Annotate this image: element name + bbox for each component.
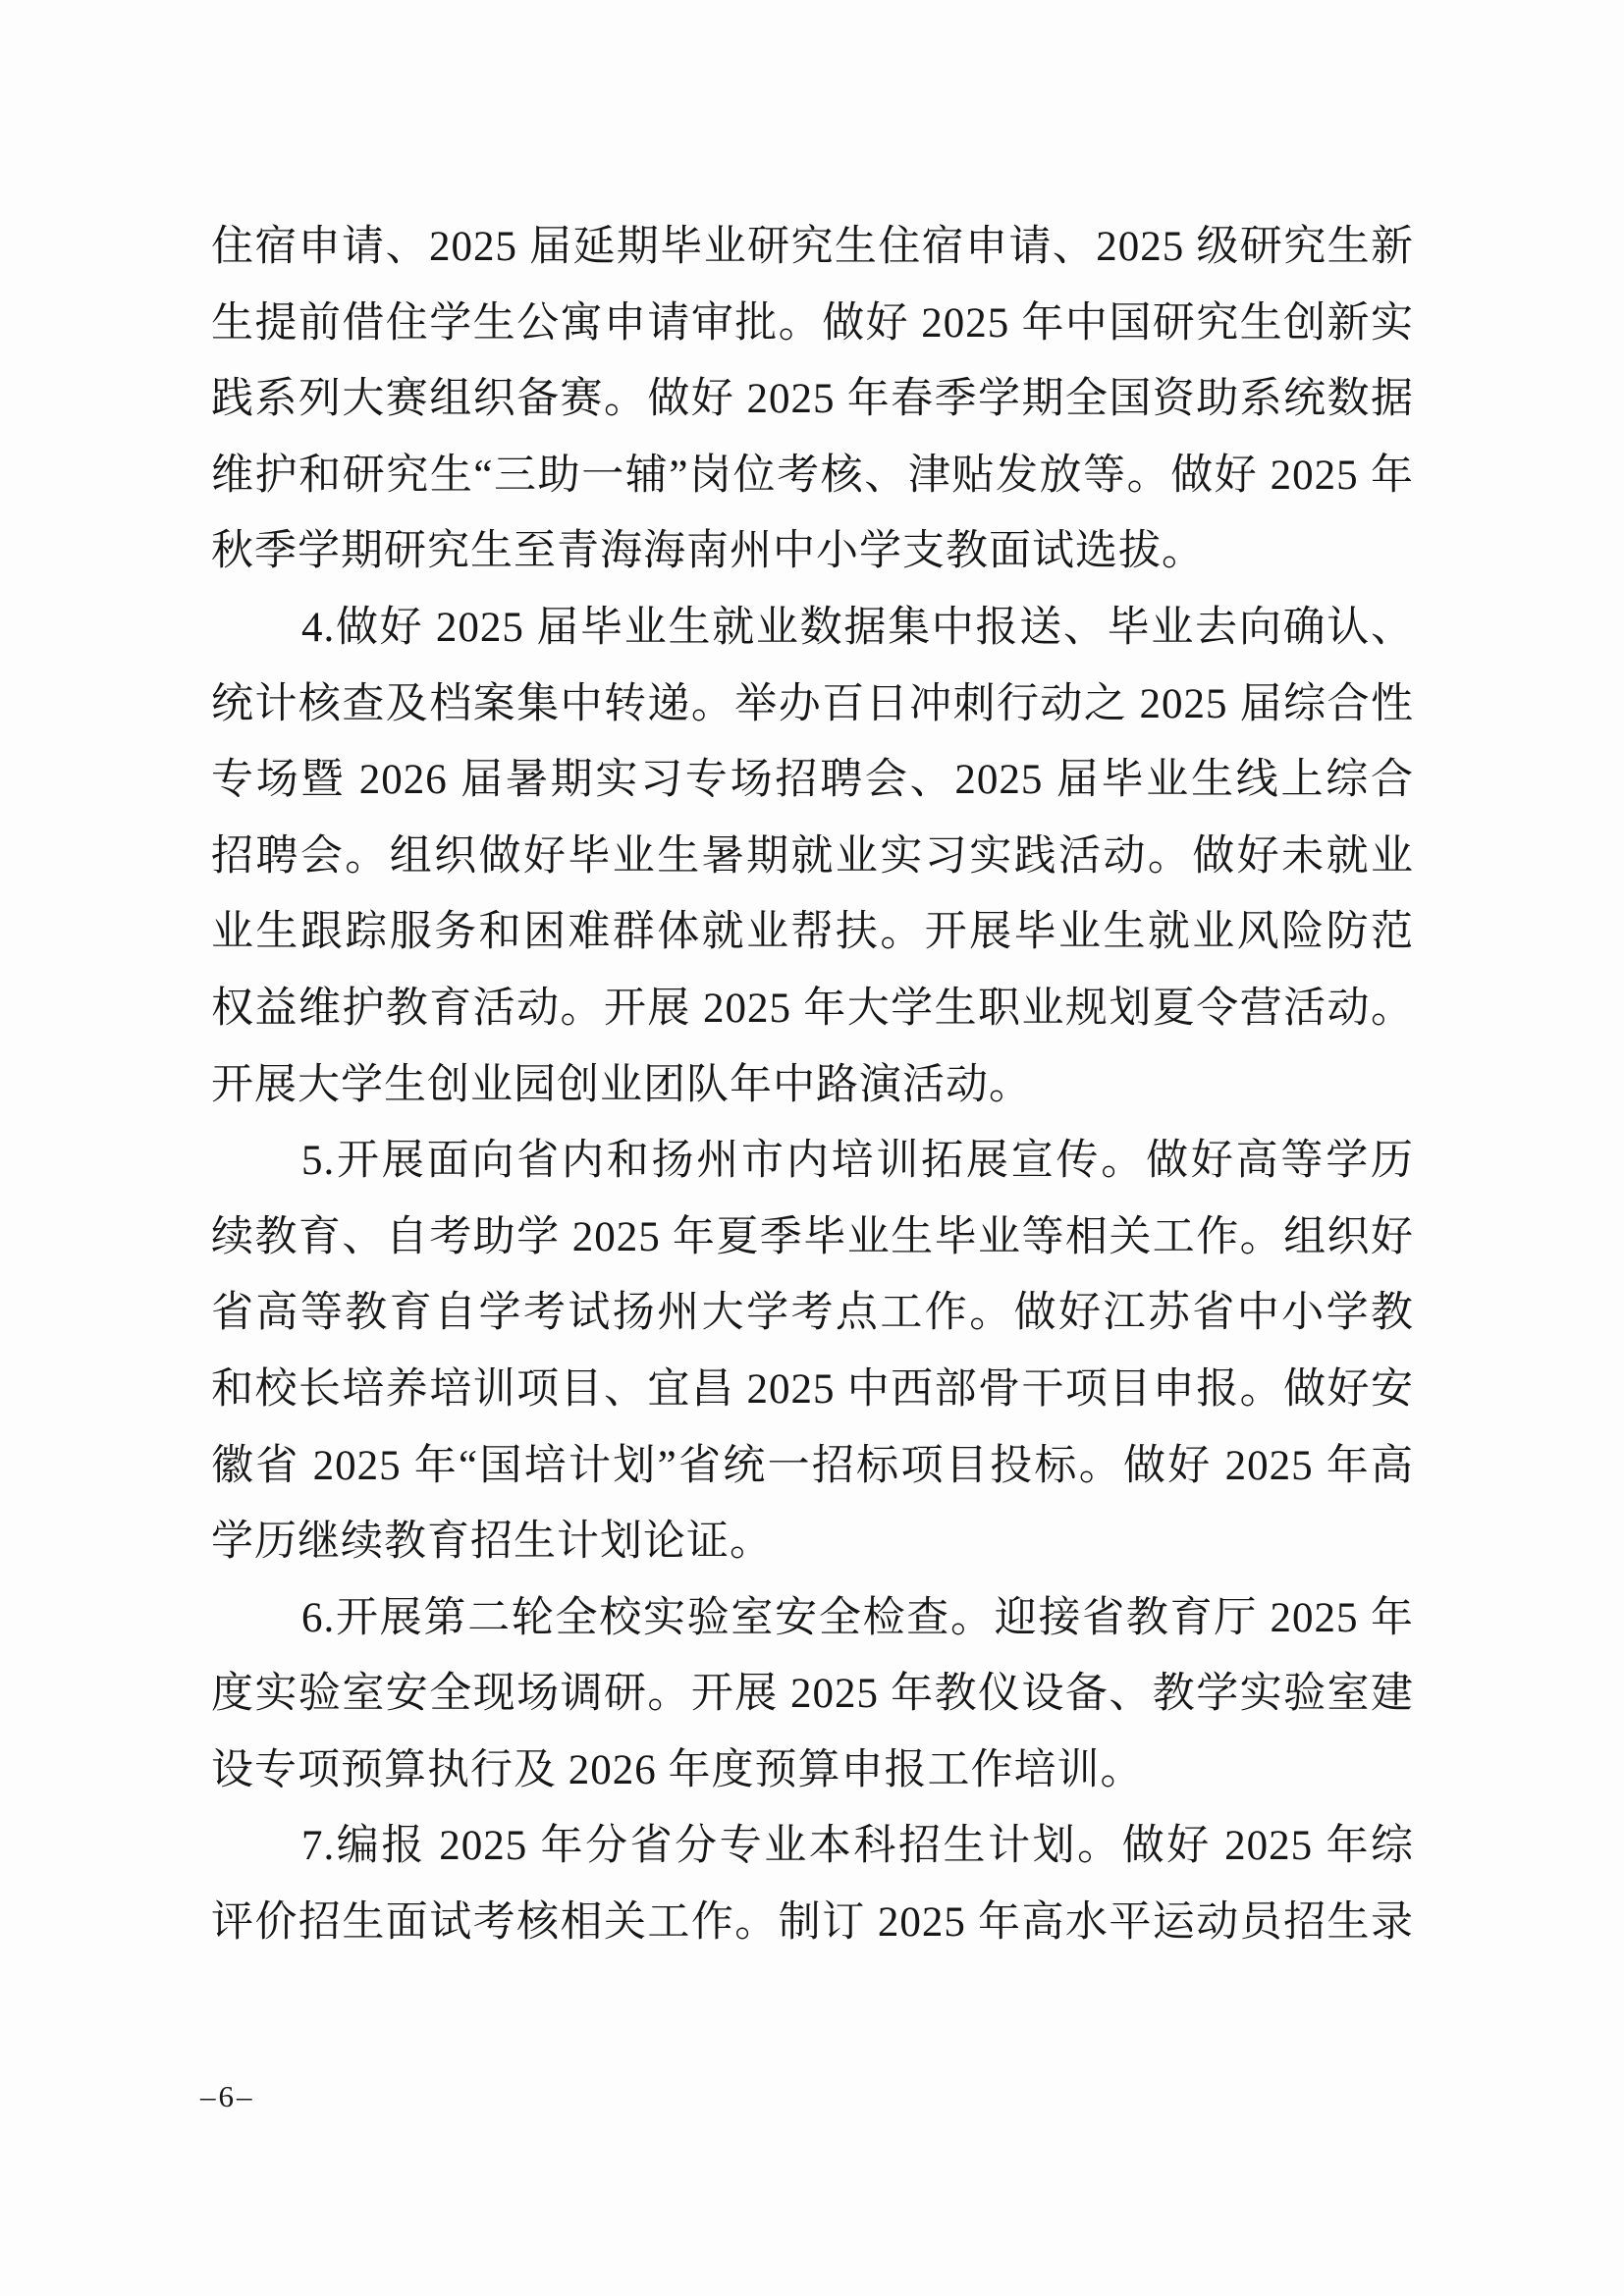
document-page: 住宿申请、2025 届延期毕业研究生住宿申请、2025 级研究生新 生提前借住学… (0, 0, 1624, 2296)
body-line: 专场暨 2026 届暑期实习专场招聘会、2025 届毕业生线上综合性 (211, 742, 1414, 819)
body-line: 和校长培养培训项目、宜昌 2025 中西部骨干项目申报。做好安 (211, 1352, 1414, 1428)
body-line: 权益维护教育活动。开展 2025 年大学生职业规划夏令营活动。 (211, 971, 1414, 1047)
body-line: 维护和研究生“三助一辅”岗位考核、津贴发放等。做好 2025 年 (211, 438, 1414, 514)
body-line: 度实验室安全现场调研。开展 2025 年教仪设备、教学实验室建 (211, 1656, 1414, 1733)
body-line: 评价招生面试考核相关工作。制订 2025 年高水平运动员招生录 (211, 1885, 1414, 1961)
body-line: 徽省 2025 年“国培计划”省统一招标项目投标。做好 2025 年高等 (211, 1428, 1414, 1505)
body-line: 招聘会。组织做好毕业生暑期就业实习实践活动。做好未就业毕 (211, 819, 1414, 895)
paragraph-start-line: 5.开展面向省内和扬州市内培训拓展宣传。做好高等学历继 (211, 1123, 1414, 1200)
body-line: 住宿申请、2025 届延期毕业研究生住宿申请、2025 级研究生新 (211, 209, 1414, 286)
body-line: 业生跟踪服务和困难群体就业帮扶。开展毕业生就业风险防范与 (211, 894, 1414, 971)
page-number: –6– (200, 2079, 255, 2114)
body-line: 秋季学期研究生至青海海南州中小学支教面试选拔。 (211, 513, 1414, 590)
body-line: 生提前借住学生公寓申请审批。做好 2025 年中国研究生创新实 (211, 286, 1414, 362)
paragraph-start-line: 4.做好 2025 届毕业生就业数据集中报送、毕业去向确认、 (211, 590, 1414, 667)
body-line: 学历继续教育招生计划论证。 (211, 1504, 1414, 1580)
body-line: 践系列大赛组织备赛。做好 2025 年春季学期全国资助系统数据 (211, 361, 1414, 438)
body-line: 续教育、自考助学 2025 年夏季毕业生毕业等相关工作。组织好 (211, 1200, 1414, 1276)
body-line: 统计核查及档案集中转递。举办百日冲刺行动之 2025 届综合性 (211, 667, 1414, 743)
paragraph-start-line: 6.开展第二轮全校实验室安全检查。迎接省教育厅 2025 年 (211, 1580, 1414, 1657)
body-line: 设专项预算执行及 2026 年度预算申报工作培训。 (211, 1733, 1414, 1809)
document-body: 住宿申请、2025 届延期毕业研究生住宿申请、2025 级研究生新 生提前借住学… (211, 209, 1414, 1961)
body-line: 省高等教育自学考试扬州大学考点工作。做好江苏省中小学教师 (211, 1275, 1414, 1352)
body-line: 开展大学生创业园创业团队年中路演活动。 (211, 1047, 1414, 1124)
paragraph-start-line: 7.编报 2025 年分省分专业本科招生计划。做好 2025 年综合 (211, 1808, 1414, 1885)
